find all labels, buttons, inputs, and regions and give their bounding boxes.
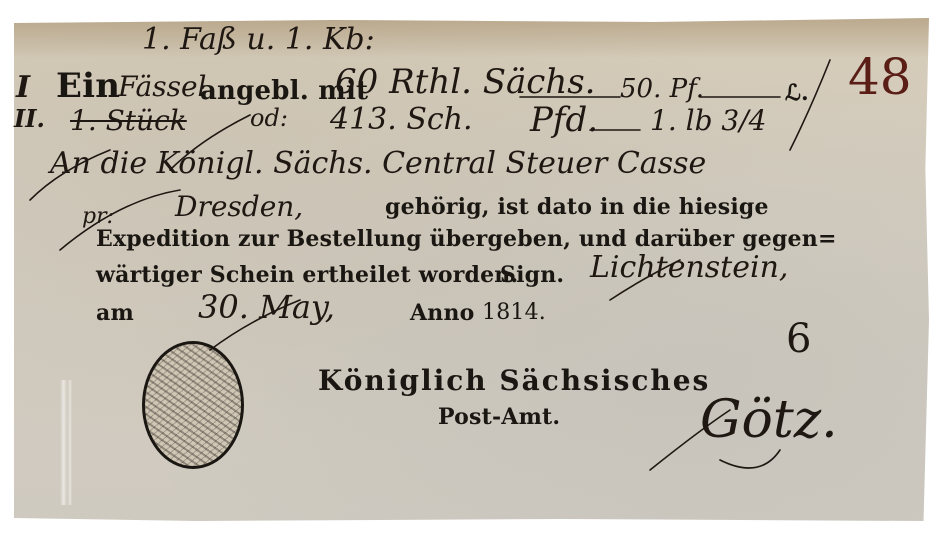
handwriting-flourishes bbox=[0, 0, 950, 541]
